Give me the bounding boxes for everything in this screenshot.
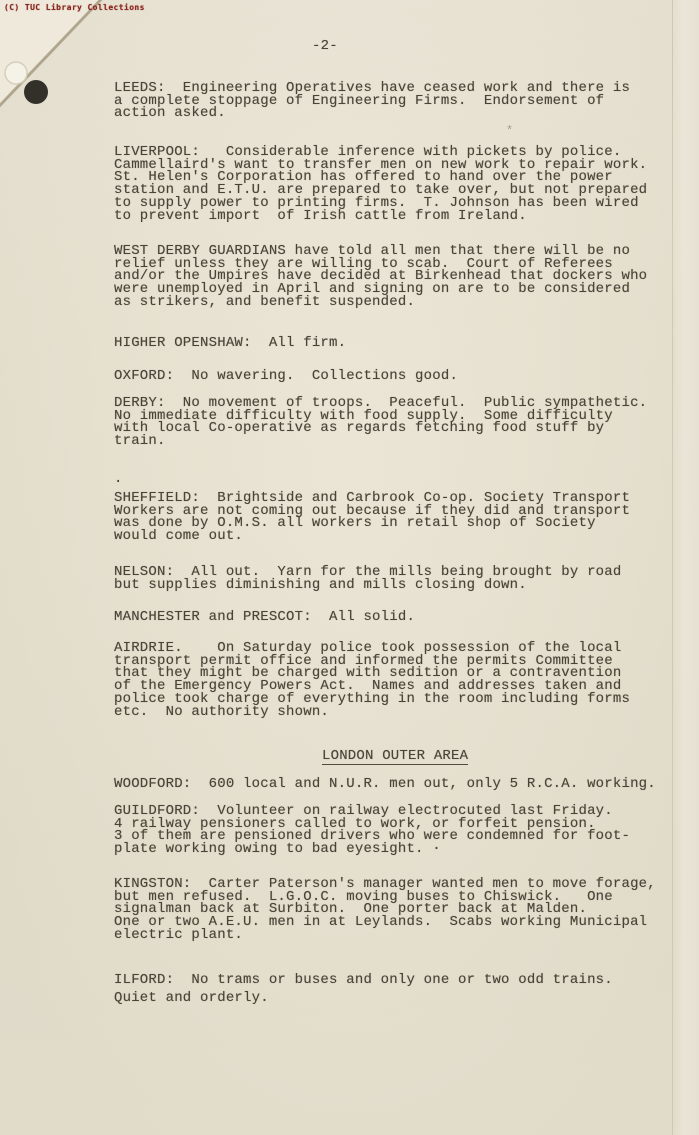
paragraph-guildford: GUILDFORD: Volunteer on railway electroc…: [114, 805, 630, 856]
text-line: etc. No authority shown.: [114, 706, 630, 719]
text-line: action asked.: [114, 107, 630, 120]
paragraph-manchester-prescot: MANCHESTER and PRESCOT: All solid.: [114, 611, 415, 624]
paragraph-oxford: OXFORD: No wavering. Collections good.: [114, 370, 458, 383]
text-line: plate working owing to bad eyesight. ·: [114, 843, 630, 856]
paragraph-kingston: KINGSTON: Carter Paterson's manager want…: [114, 878, 656, 942]
text-line: electric plant.: [114, 929, 656, 942]
text-line: but supplies diminishing and mills closi…: [114, 579, 621, 592]
text-line: MANCHESTER and PRESCOT: All solid.: [114, 611, 415, 624]
text-line: ILFORD: No trams or buses and only one o…: [114, 971, 613, 989]
paragraph-stray-period: .: [114, 473, 123, 486]
text-line: with local Co-operative as regards fetch…: [114, 422, 647, 435]
paragraph-nelson: NELSON: All out. Yarn for the mills bein…: [114, 566, 621, 591]
text-line: LONDON OUTER AREA: [322, 750, 468, 765]
document-page: (C) TUC Library Collections -2- * LEEDS:…: [0, 0, 699, 1135]
section-heading-london-outer-area: LONDON OUTER AREA: [322, 746, 468, 765]
paragraph-higher-openshaw: HIGHER OPENSHAW: All firm.: [114, 337, 346, 350]
paragraph-liverpool: LIVERPOOL: Considerable inference with p…: [114, 146, 647, 222]
text-line: Quiet and orderly.: [114, 989, 613, 1007]
paragraph-airdrie: AIRDRIE. On Saturday police took possess…: [114, 642, 630, 718]
text-line: OXFORD: No wavering. Collections good.: [114, 370, 458, 383]
text-line: to prevent import of Irish cattle from I…: [114, 210, 647, 223]
paragraph-leeds: LEEDS: Engineering Operatives have cease…: [114, 82, 630, 120]
text-line: would come out.: [114, 530, 630, 543]
paragraph-sheffield: SHEFFIELD: Brightside and Carbrook Co-op…: [114, 492, 630, 543]
text-line: HIGHER OPENSHAW: All firm.: [114, 337, 346, 350]
text-line: .: [114, 473, 123, 486]
text-line: as strikers, and benefit suspended.: [114, 296, 647, 309]
paragraph-woodford: WOODFORD: 600 local and N.U.R. men out, …: [114, 778, 656, 791]
paragraph-derby: DERBY: No movement of troops. Peaceful. …: [114, 397, 647, 448]
text-line: WOODFORD: 600 local and N.U.R. men out, …: [114, 778, 656, 791]
paragraph-ilford: ILFORD: No trams or buses and only one o…: [114, 971, 613, 1007]
document-body: LEEDS: Engineering Operatives have cease…: [0, 0, 699, 1135]
text-line: train.: [114, 435, 647, 448]
paragraph-west-derby-guardians: WEST DERBY GUARDIANS have told all men t…: [114, 245, 647, 309]
